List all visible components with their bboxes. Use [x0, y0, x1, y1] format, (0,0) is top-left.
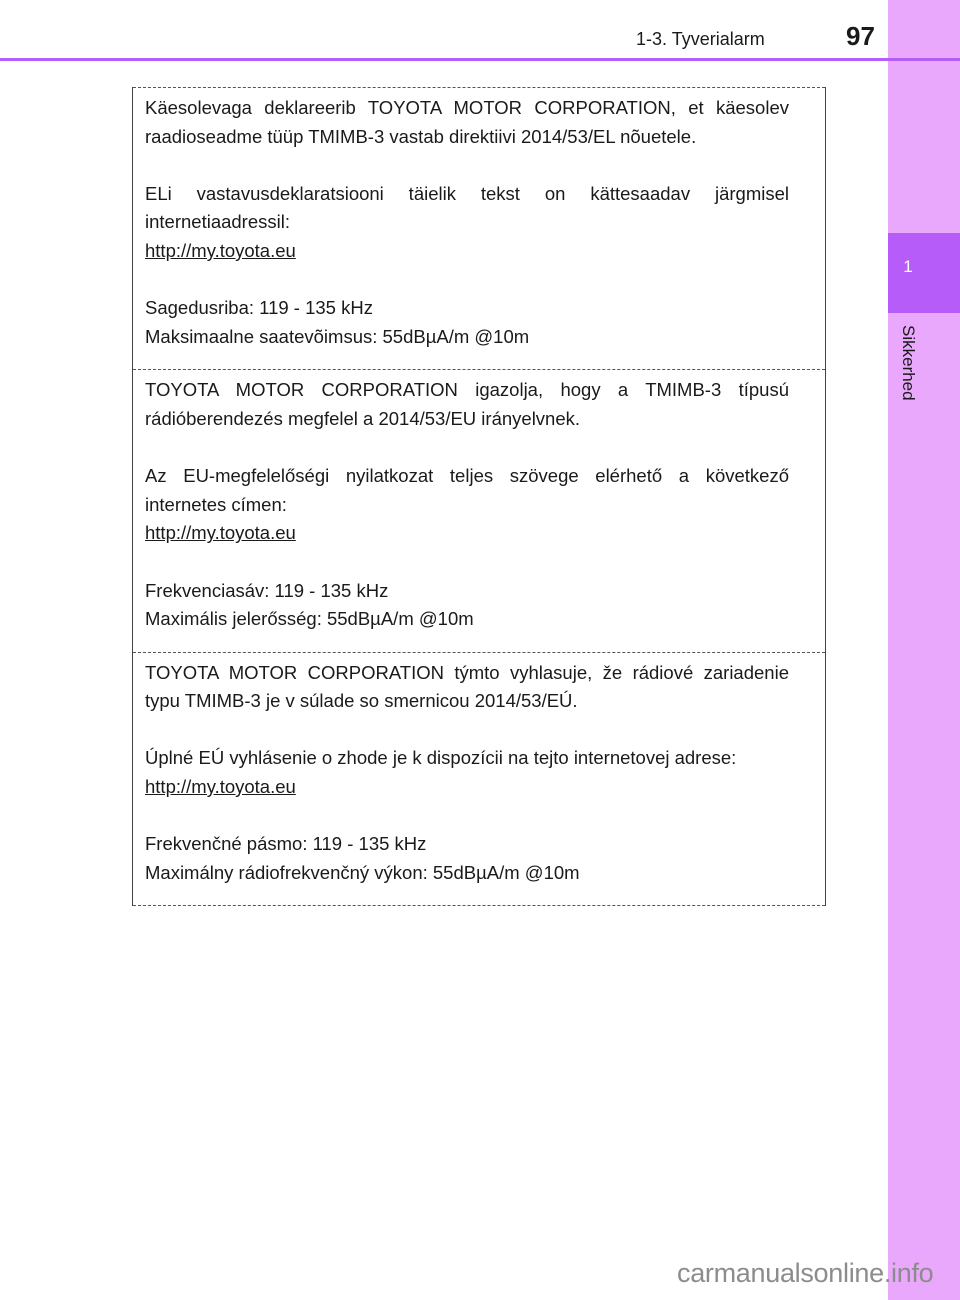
declaration-link[interactable]: http://my.toyota.eu — [145, 519, 789, 548]
declaration-text: TOYOTA MOTOR CORPORATION týmto vyhlasuje… — [145, 659, 789, 716]
header-divider — [0, 58, 960, 61]
chapter-tab[interactable]: 1 — [888, 233, 960, 313]
declaration-section-estonian: Käesolevaga deklareerib TOYOTA MOTOR COR… — [133, 87, 825, 369]
chapter-number: 1 — [888, 257, 928, 277]
frequency-text: Frekvenčné pásmo: 119 - 135 kHz — [145, 830, 789, 859]
chapter-label: Sikkerhed — [893, 325, 923, 445]
power-text: Maximális jelerősség: 55dBµA/m @10m — [145, 605, 789, 634]
availability-text: Úplné EÚ vyhlásenie o zhode je k dispozí… — [145, 744, 789, 773]
chapter-sidebar — [888, 0, 960, 1300]
declaration-link[interactable]: http://my.toyota.eu — [145, 773, 789, 802]
page-number: 97 — [846, 21, 875, 52]
declaration-section-slovak: TOYOTA MOTOR CORPORATION týmto vyhlasuje… — [133, 652, 825, 907]
declaration-text: Käesolevaga deklareerib TOYOTA MOTOR COR… — [145, 94, 789, 151]
power-text: Maximálny rádiofrekvenčný výkon: 55dBµA/… — [145, 859, 789, 888]
availability-text: ELi vastavusdeklaratsiooni täielik tekst… — [145, 180, 789, 237]
declaration-link[interactable]: http://my.toyota.eu — [145, 237, 789, 266]
declaration-box: Käesolevaga deklareerib TOYOTA MOTOR COR… — [132, 87, 826, 906]
section-title: 1-3. Tyverialarm — [636, 29, 765, 50]
power-text: Maksimaalne saatevõimsus: 55dBµA/m @10m — [145, 323, 789, 352]
availability-text: Az EU-megfelelőségi nyilatkozat teljes s… — [145, 462, 789, 519]
declaration-section-hungarian: TOYOTA MOTOR CORPORATION igazolja, hogy … — [133, 369, 825, 651]
frequency-text: Sagedusriba: 119 - 135 kHz — [145, 294, 789, 323]
declaration-text: TOYOTA MOTOR CORPORATION igazolja, hogy … — [145, 376, 789, 433]
watermark: carmanualsonline.info — [677, 1258, 933, 1289]
frequency-text: Frekvenciasáv: 119 - 135 kHz — [145, 577, 789, 606]
